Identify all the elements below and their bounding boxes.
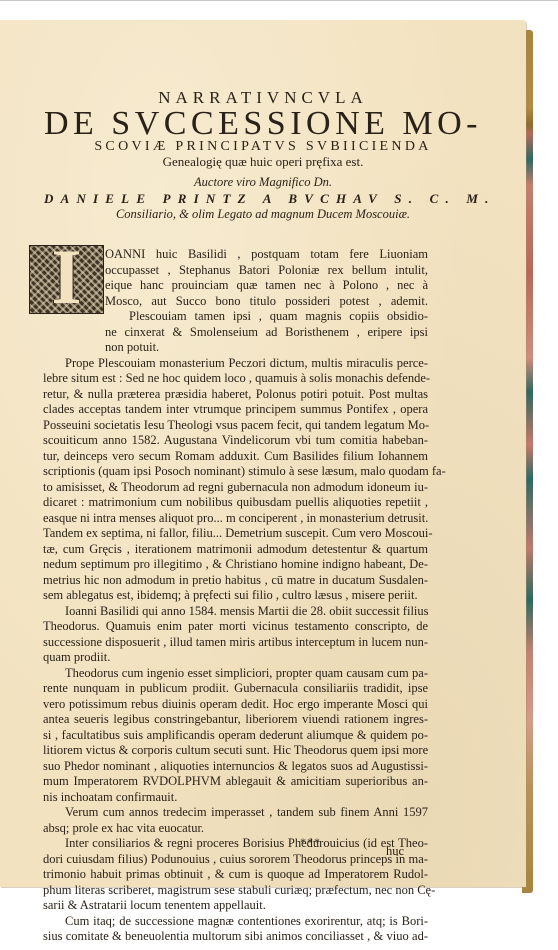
- catchword: huc: [386, 844, 404, 859]
- text-line: ne cinxerat & Smolenseium ad Boristhenem…: [43, 325, 428, 341]
- book-page: NARRATIVNCVLA DE SVCCESSIONE MO- SCOVIÆ …: [0, 20, 526, 887]
- text-line: scouiticum anno 1582. Augustana Vindelic…: [43, 433, 428, 449]
- text-line: Theodorus cum ingenio esset simpliciori,…: [43, 666, 428, 682]
- text-line: trimonio habuit primas obtinuit , & cum …: [43, 867, 428, 883]
- top-border-line: [0, 0, 558, 1]
- author-role: Consiliario, & olim Legato ad magnum Duc…: [0, 207, 526, 222]
- text-line: absq; prole ex hac vita euocatur.: [43, 821, 428, 837]
- text-line: successione disposuerit , illud tamen mi…: [43, 635, 428, 651]
- text-line: clades acceptas tandem inter vtrumque pr…: [43, 402, 428, 418]
- text-line: Tandem ex septima, ni fallor, filiu... D…: [43, 526, 428, 542]
- text-line: Cum itaq; de successione magnæ contentio…: [43, 914, 428, 930]
- text-line: dori cuiusdam filius) Podunouius , cuius…: [43, 852, 428, 868]
- author-name: DANIELE PRINTZ A BVCHAV S. C. M.: [44, 191, 444, 207]
- text-line: quam prodiit.: [43, 650, 428, 666]
- text-line: tur, deinceps vero secum Romam adduxit. …: [43, 449, 428, 465]
- text-line: lebre situm est : Sed ne hoc quidem loco…: [43, 371, 428, 387]
- text-line: phum literas scriberet, magistrum sese s…: [43, 883, 428, 899]
- text-line: to amisisset, & Theodorum ad regni guber…: [43, 480, 428, 496]
- text-line: nedum septimum pro illegitimo , & Christ…: [43, 557, 428, 573]
- text-line: Ioanni Basilidi qui anno 1584. mensis Ma…: [43, 604, 428, 620]
- text-line: sem ablegatus est, ibidemq; à pręfecti s…: [43, 588, 428, 604]
- body-text: OANNI huic Basilidi , postquam totam fer…: [43, 247, 428, 945]
- text-line: retur, & nulla præterea præsidia haberet…: [43, 387, 428, 403]
- text-line: sius comitate & beneuolentia multorum si…: [43, 929, 428, 945]
- text-line: dicaret : matrimonium cum nobilibus quib…: [43, 495, 428, 511]
- text-line: sarii & Astratarii locum tenentem appell…: [43, 898, 428, 914]
- text-line: mum Imperatorem RVDOLPHVM ablegauit & am…: [43, 774, 428, 790]
- text-line: suo Phedor nominant , aliquoties internu…: [43, 759, 428, 775]
- text-line: Prope Plescouiam monasterium Peczori dic…: [43, 356, 428, 372]
- text-line: Mosco, aut Succo bono titulo possideri p…: [43, 294, 428, 310]
- text-line: tæ, cum Gręcis , iterationem matrimonii …: [43, 542, 428, 558]
- text-line: rente nunquam in publicum prodiit. Guber…: [43, 681, 428, 697]
- text-line: occupasset , Stephanus Batori Poloniæ re…: [43, 263, 428, 279]
- text-line: easque ni intra menses aliquot pro... m …: [43, 511, 428, 527]
- text-line: metrius hic non admodum in pretio habitu…: [43, 573, 428, 589]
- text-line: antea seueris legibus constringebantur, …: [43, 712, 428, 728]
- text-line: non potuit.: [43, 340, 428, 356]
- text-line: Theodorus. Quamuis enim pater morti vici…: [43, 619, 428, 635]
- signature-mark: ***: [300, 835, 321, 850]
- title-line-2: DE SVCCESSIONE MO-: [0, 106, 526, 142]
- text-line: vero potissimum rebus diuinis operam ded…: [43, 697, 428, 713]
- text-line: si , facultatibus suis amplificandis ope…: [43, 728, 428, 744]
- text-line: Plescouiam tamen ipsi , quam magnis copi…: [43, 309, 428, 325]
- text-line: scriptionis (quam ipsi Posoch nominant) …: [43, 464, 428, 480]
- text-line: Verum cum annos tredecim imperasset , ta…: [43, 805, 428, 821]
- title-line-4: Genealogię quæ huic operi pręfixa est.: [0, 154, 526, 170]
- title-line-3: SCOVIÆ PRINCIPATVS SVBIICIENDA: [0, 139, 526, 155]
- text-line: Posseuini societatis Iesu Theologi vsus …: [43, 418, 428, 434]
- text-line: Inter consiliarios & regni proceres Bori…: [43, 836, 428, 852]
- text-line: eique hanc prouinciam quæ tamen nec à Po…: [43, 278, 428, 294]
- text-line: litiorem victus & corporis cultum secuti…: [43, 743, 428, 759]
- author-intro: Auctore viro Magnifico Dn.: [0, 175, 526, 190]
- text-line: OANNI huic Basilidi , postquam totam fer…: [43, 247, 428, 263]
- text-line: nis inchoatam confirmauit.: [43, 790, 428, 806]
